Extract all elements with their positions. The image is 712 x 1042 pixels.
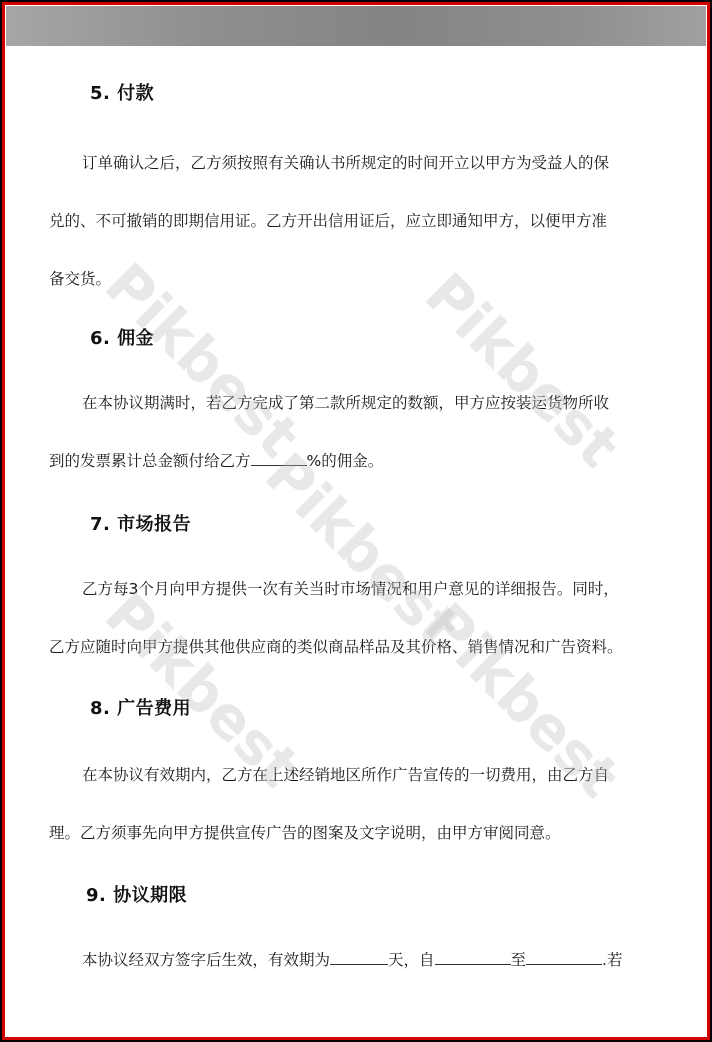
blank-field-end-date[interactable] (526, 950, 602, 965)
paragraph-text: .若 (602, 951, 622, 969)
paragraph-line-commission: 到的发票累计总金额付给乙方%的佣金。 (49, 449, 383, 471)
paragraph-line: 订单确认之后，乙方须按照有关确认书所规定的时间开立以甲方为受益人的保 (82, 151, 609, 173)
section-heading-commission: 6. 佣金 (90, 324, 154, 350)
section-heading-market-report: 7. 市场报告 (90, 510, 191, 536)
paragraph-line: 兑的、不可撤销的即期信用证。乙方开出信用证后，应立即通知甲方，以便甲方准 (49, 209, 607, 231)
section-heading-payment: 5. 付款 (90, 79, 154, 105)
blank-field-commission-percent[interactable] (251, 451, 307, 466)
paragraph-line: 备交货。 (49, 267, 111, 289)
header-bar (6, 6, 706, 46)
section-heading-advertising: 8. 广告费用 (90, 694, 191, 720)
paragraph-line: 乙方应随时向甲方提供其他供应商的类似商品样品及其价格、销售情况和广告资料。 (49, 635, 623, 657)
paragraph-line: 乙方每3个月向甲方提供一次有关当时市场情况和用户意见的详细报告。同时， (82, 577, 619, 599)
paragraph-text: %的佣金。 (307, 452, 384, 470)
blank-field-days[interactable] (330, 950, 388, 965)
paragraph-text: 到的发票累计总金额付给乙方 (49, 452, 251, 470)
paragraph-line: 在本协议期满时，若乙方完成了第二款所规定的数额，甲方应按装运货物所收 (82, 391, 609, 413)
blank-field-start-date[interactable] (435, 950, 511, 965)
paragraph-line: 在本协议有效期内，乙方在上述经销地区所作广告宣传的一切费用，由乙方自 (82, 763, 609, 785)
paragraph-line-term: 本协议经双方签字后生效，有效期为天，自至.若 (82, 948, 622, 970)
section-heading-agreement-term: 9. 协议期限 (86, 881, 187, 907)
paragraph-line: 理。乙方须事先向甲方提供宣传广告的图案及文字说明，由甲方审阅同意。 (49, 821, 561, 843)
paragraph-text: 本协议经双方签字后生效，有效期为 (82, 951, 330, 969)
paragraph-text: 天，自 (388, 951, 435, 969)
paragraph-text: 至 (511, 951, 527, 969)
